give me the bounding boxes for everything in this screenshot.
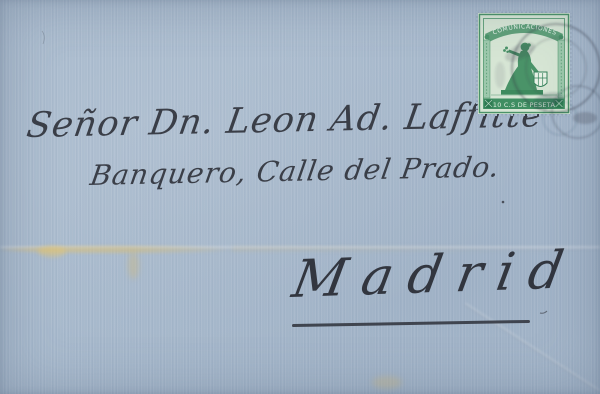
stamp-denomination: 10 C.S DE PESETA [493,101,556,109]
flourish-tail [540,311,547,313]
shield-icon [534,72,547,87]
address-line-recipient: Señor Dn. Leon Ad. Laffitte [24,95,547,146]
stain-blob [372,376,402,389]
stamp-artwork: COMUNICACIONES [478,13,570,114]
postage-stamp: COMUNICACIONES [478,13,570,114]
seated-allegory-icon [491,43,557,95]
envelope: Señor Dn. Leon Ad. Laffitte Banquero, Ca… [0,0,600,394]
stain-streak [128,252,139,279]
address-line-street: Banquero, Calle del Prado. [88,150,502,192]
stain-blob [38,246,66,257]
corner-crease [464,303,600,393]
ink-speck [502,201,505,204]
destination-city: Madrid [288,240,583,310]
faint-pen-mark [42,31,44,44]
stain-line [0,246,238,253]
